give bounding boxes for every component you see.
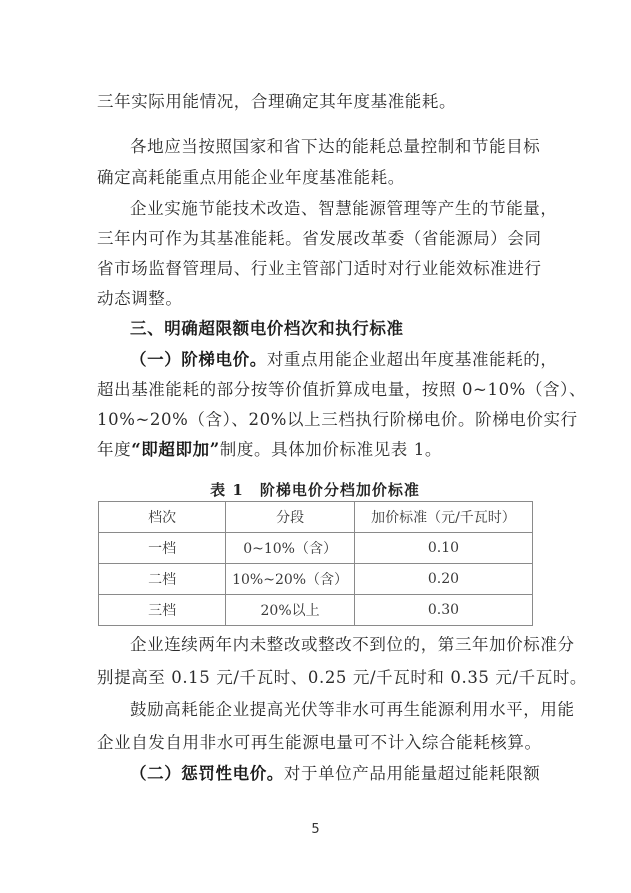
subsection-1-text: 对重点用能企业超出年度基准能耗的， bbox=[267, 350, 558, 369]
table-cell: 二档 bbox=[99, 564, 226, 595]
table-cell: 0.20 bbox=[354, 564, 532, 595]
subsection-1-title: （一）阶梯电价。 bbox=[130, 350, 267, 369]
page-number: 5 bbox=[0, 822, 631, 837]
text-span: 制度。具体加价标准见表 1。 bbox=[220, 440, 442, 459]
paragraph-line: 年度“即超即加”制度。具体加价标准见表 1。 bbox=[97, 439, 539, 461]
table-cell: 一档 bbox=[99, 533, 226, 564]
table-cell: 10%~20%（含） bbox=[226, 564, 355, 595]
document-page: 三年实际用能情况，合理确定其年度基准能耗。 各地应当按照国家和省下达的能耗总量控… bbox=[0, 0, 631, 893]
tier-price-table: 档次 分段 加价标准（元/千瓦时） 一档 0~10%（含） 0.10 二档 10… bbox=[98, 501, 533, 626]
paragraph-line: 三年内可作为其基准能耗。省发展改革委（省能源局）会同 bbox=[97, 228, 539, 250]
paragraph-line: 动态调整。 bbox=[97, 288, 539, 310]
paragraph-line: 鼓励高耗能企业提高光伏等非水可再生能源利用水平，用能 bbox=[97, 699, 539, 721]
paragraph-line: 三年实际用能情况，合理确定其年度基准能耗。 bbox=[97, 91, 539, 113]
paragraph-line: 确定高耗能重点用能企业年度基准能耗。 bbox=[97, 167, 539, 189]
table-cell: 20%以上 bbox=[226, 595, 355, 626]
subsection-1-line: （一）阶梯电价。对重点用能企业超出年度基准能耗的， bbox=[97, 349, 539, 371]
section-heading: 三、明确超限额电价档次和执行标准 bbox=[97, 318, 539, 340]
table-row: 一档 0~10%（含） 0.10 bbox=[99, 533, 533, 564]
paragraph-line: 企业实施节能技术改造、智慧能源管理等产生的节能量， bbox=[97, 198, 539, 220]
paragraph-line: 各地应当按照国家和省下达的能耗总量控制和节能目标 bbox=[97, 136, 539, 158]
subsection-2-text: 对于单位产品用能量超过能耗限额 bbox=[284, 764, 541, 783]
paragraph-line: 10%~20%（含）、20%以上三档执行阶梯电价。阶梯电价实行 bbox=[97, 409, 539, 431]
text-span: 年度 bbox=[97, 440, 131, 459]
paragraph-line: 企业自发自用非水可再生能源电量可不计入综合能耗核算。 bbox=[97, 732, 539, 754]
paragraph-line: 别提高至 0.15 元/千瓦时、0.25 元/千瓦时和 0.35 元/千瓦时。 bbox=[97, 667, 539, 689]
table-row: 三档 20%以上 0.30 bbox=[99, 595, 533, 626]
table-cell: 0~10%（含） bbox=[226, 533, 355, 564]
emphasis-quote: “即超即加” bbox=[131, 440, 220, 459]
paragraph-line: 超出基准能耗的部分按等价值折算成电量，按照 0~10%（含）、 bbox=[97, 379, 539, 401]
table-header-row: 档次 分段 加价标准（元/千瓦时） bbox=[99, 502, 533, 533]
subsection-2-line: （二）惩罚性电价。对于单位产品用能量超过能耗限额 bbox=[97, 763, 539, 785]
table-header-cell: 档次 bbox=[99, 502, 226, 533]
table-cell: 0.30 bbox=[354, 595, 532, 626]
table-cell: 三档 bbox=[99, 595, 226, 626]
paragraph-line: 企业连续两年内未整改或整改不到位的，第三年加价标准分 bbox=[97, 634, 539, 656]
paragraph-line: 省市场监督管理局、行业主管部门适时对行业能效标准进行 bbox=[97, 258, 539, 280]
table-cell: 0.10 bbox=[354, 533, 532, 564]
table-caption: 表 1 阶梯电价分档加价标准 bbox=[97, 480, 533, 500]
table-header-cell: 分段 bbox=[226, 502, 355, 533]
table-header-cell: 加价标准（元/千瓦时） bbox=[354, 502, 532, 533]
table-row: 二档 10%~20%（含） 0.20 bbox=[99, 564, 533, 595]
subsection-2-title: （二）惩罚性电价。 bbox=[130, 764, 284, 783]
